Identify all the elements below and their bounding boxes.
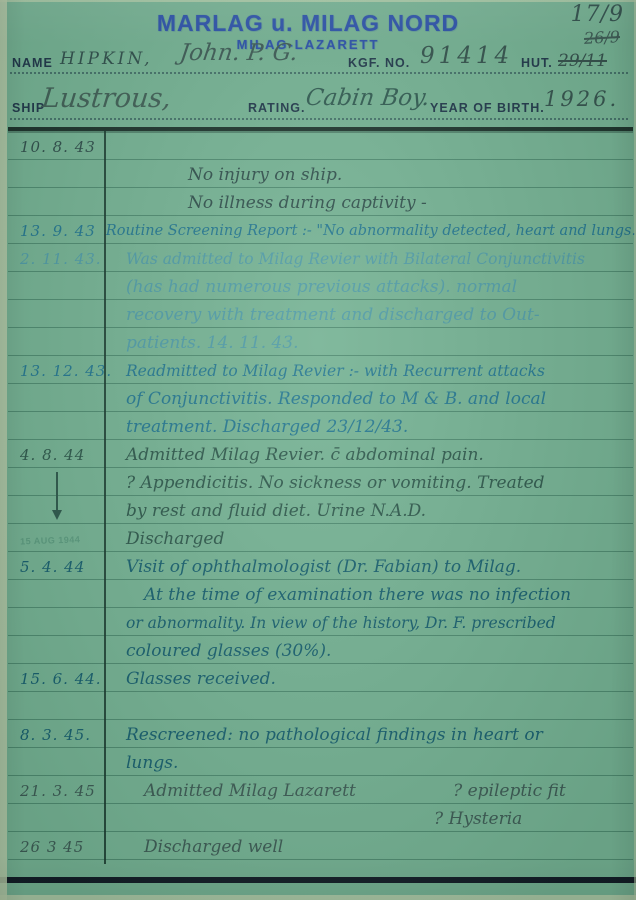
- entry-text: or abnormality. In view of the history, …: [116, 608, 633, 636]
- entry-text: Discharged: [116, 524, 633, 552]
- entry-date: [8, 636, 116, 664]
- entry-date: 10. 8. 43: [8, 132, 116, 160]
- rating-value: Cabin Boy.: [304, 85, 431, 111]
- table-row: of Conjunctivitis. Responded to M & B. a…: [8, 384, 633, 412]
- ship-value: Lustrous,: [40, 83, 172, 114]
- table-row: 13. 9. 43 Routine Screening Report :- "N…: [8, 216, 633, 244]
- entry-date: 2. 11. 43.: [8, 244, 116, 272]
- table-row: coloured glasses (30%).: [8, 636, 633, 664]
- entry-text: (has had numerous previous attacks). nor…: [116, 272, 633, 300]
- table-row: No illness during captivity -: [8, 188, 633, 216]
- entry-date: [8, 692, 116, 720]
- entry-text: Was admitted to Milag Revier with Bilate…: [116, 244, 633, 272]
- entry-date: [8, 496, 116, 524]
- kgf-number-value: 91414: [420, 43, 513, 69]
- year-of-birth-label: YEAR OF BIRTH.: [430, 101, 545, 115]
- page-edge-bottom: [0, 895, 636, 900]
- name-label: NAME: [12, 56, 53, 70]
- entry-date: 5. 4. 44: [8, 552, 116, 580]
- entry-text: [116, 132, 633, 160]
- entry-date: [8, 188, 116, 216]
- table-row: patients. 14. 11. 43.: [8, 328, 633, 356]
- entry-text: of Conjunctivitis. Responded to M & B. a…: [116, 384, 633, 412]
- page-edge-top: [0, 0, 636, 2]
- entry-text: No injury on ship.: [116, 160, 633, 188]
- table-row: 2. 11. 43. Was admitted to Milag Revier …: [8, 244, 633, 272]
- pow-medical-record-card: MARLAG u. MILAG NORD MILAG-LAZARETT 17/9…: [0, 0, 636, 900]
- entry-date: [8, 272, 116, 300]
- table-row: (has had numerous previous attacks). nor…: [8, 272, 633, 300]
- table-row: 10. 8. 43: [8, 132, 633, 160]
- entry-text: ? Appendicitis. No sickness or vomiting.…: [116, 468, 633, 496]
- entry-text: [116, 692, 633, 720]
- entry-text: treatment. Discharged 23/12/43.: [116, 412, 633, 440]
- table-row: ? Appendicitis. No sickness or vomiting.…: [8, 468, 633, 496]
- entry-date: [8, 384, 116, 412]
- hut-value-struck: 29/11: [558, 51, 607, 71]
- date-column-divider: [104, 131, 106, 864]
- table-row: recovery with treatment and discharged t…: [8, 300, 633, 328]
- table-row: 8. 3. 45. Rescreened: no pathological fi…: [8, 720, 633, 748]
- table-row: treatment. Discharged 23/12/43.: [8, 412, 633, 440]
- name-surname: HIPKIN,: [60, 49, 153, 69]
- entry-date: [8, 608, 116, 636]
- table-row: No injury on ship.: [8, 160, 633, 188]
- entry-text: Admitted Milag Lazarett ? epileptic fit: [116, 776, 633, 804]
- kgf-number-label: KGF. NO.: [348, 56, 410, 70]
- table-row: lungs.: [8, 748, 633, 776]
- entry-text: ? Hysteria: [116, 804, 633, 832]
- entry-text: Rescreened: no pathological findings in …: [116, 720, 633, 748]
- table-row: [8, 692, 633, 720]
- entry-text: coloured glasses (30%).: [116, 636, 633, 664]
- entry-date: 15. 6. 44.: [8, 664, 116, 692]
- table-row: 21. 3. 45 Admitted Milag Lazarett ? epil…: [8, 776, 633, 804]
- entry-date: [8, 160, 116, 188]
- entry-date: 8. 3. 45.: [8, 720, 116, 748]
- entry-date: [8, 804, 116, 832]
- table-row: 4. 8. 44 Admitted Milag Revier. c̄ abdom…: [8, 440, 633, 468]
- entry-date: [8, 748, 116, 776]
- entry-date: 21. 3. 45: [8, 776, 116, 804]
- entry-text: Routine Screening Report :- "No abnormal…: [96, 216, 636, 244]
- entry-date: 13. 12. 43.: [8, 356, 116, 384]
- entry-date: [8, 580, 116, 608]
- entry-text: No illness during captivity -: [116, 188, 633, 216]
- corner-note: 17/9: [571, 2, 624, 27]
- hut-label: HUT.: [521, 56, 553, 70]
- page-edge-left: [0, 0, 7, 900]
- corner-note-struck: 26/9: [584, 27, 621, 48]
- table-bottom-rule: [0, 877, 636, 883]
- table-row: ? Hysteria: [8, 804, 633, 832]
- entry-date: 4. 8. 44: [8, 440, 116, 468]
- entry-text: Admitted Milag Revier. c̄ abdominal pain…: [116, 440, 633, 468]
- table-row: by rest and fluid diet. Urine N.A.D.: [8, 496, 633, 524]
- entry-date: [8, 328, 116, 356]
- entry-text: At the time of examination there was no …: [116, 580, 633, 608]
- entry-date: [8, 300, 116, 328]
- entry-text: recovery with treatment and discharged t…: [116, 300, 633, 328]
- entry-date: 13. 9. 43: [8, 216, 96, 244]
- entry-text: Discharged well: [116, 832, 633, 860]
- entry-date: 26 3 45: [8, 832, 116, 860]
- name-row-ruled-line: [10, 72, 628, 74]
- table-row: At the time of examination there was no …: [8, 580, 633, 608]
- name-given: John. P. G.: [178, 40, 299, 66]
- duration-arrow-icon: [56, 472, 58, 516]
- table-row: 15 AUG 1944 Discharged: [8, 524, 633, 552]
- entry-text: Visit of ophthalmologist (Dr. Fabian) to…: [116, 552, 633, 580]
- medical-log-table: 10. 8. 43 No injury on ship. No illness …: [8, 132, 633, 864]
- entry-date: [8, 412, 116, 440]
- entry-text: Glasses received.: [116, 664, 633, 692]
- entry-text: patients. 14. 11. 43.: [116, 328, 633, 356]
- table-row: 26 3 45 Discharged well: [8, 832, 633, 860]
- entry-date: [8, 468, 116, 496]
- entry-text: lungs.: [116, 748, 633, 776]
- ship-row-ruled-line: [10, 118, 628, 120]
- table-row: or abnormality. In view of the history, …: [8, 608, 633, 636]
- entry-text: Readmitted to Milag Revier :- with Recur…: [116, 356, 633, 384]
- entry-date: 15 AUG 1944: [8, 522, 117, 554]
- table-row: 5. 4. 44 Visit of ophthalmologist (Dr. F…: [8, 552, 633, 580]
- rating-label: RATING.: [248, 101, 305, 115]
- entry-text: by rest and fluid diet. Urine N.A.D.: [116, 496, 633, 524]
- year-of-birth-value: 1926.: [544, 87, 619, 111]
- table-row: 15. 6. 44. Glasses received.: [8, 664, 633, 692]
- table-row: 13. 12. 43. Readmitted to Milag Revier :…: [8, 356, 633, 384]
- form-title-stamp: MARLAG u. MILAG NORD: [60, 10, 556, 37]
- table-top-rule: [8, 127, 633, 131]
